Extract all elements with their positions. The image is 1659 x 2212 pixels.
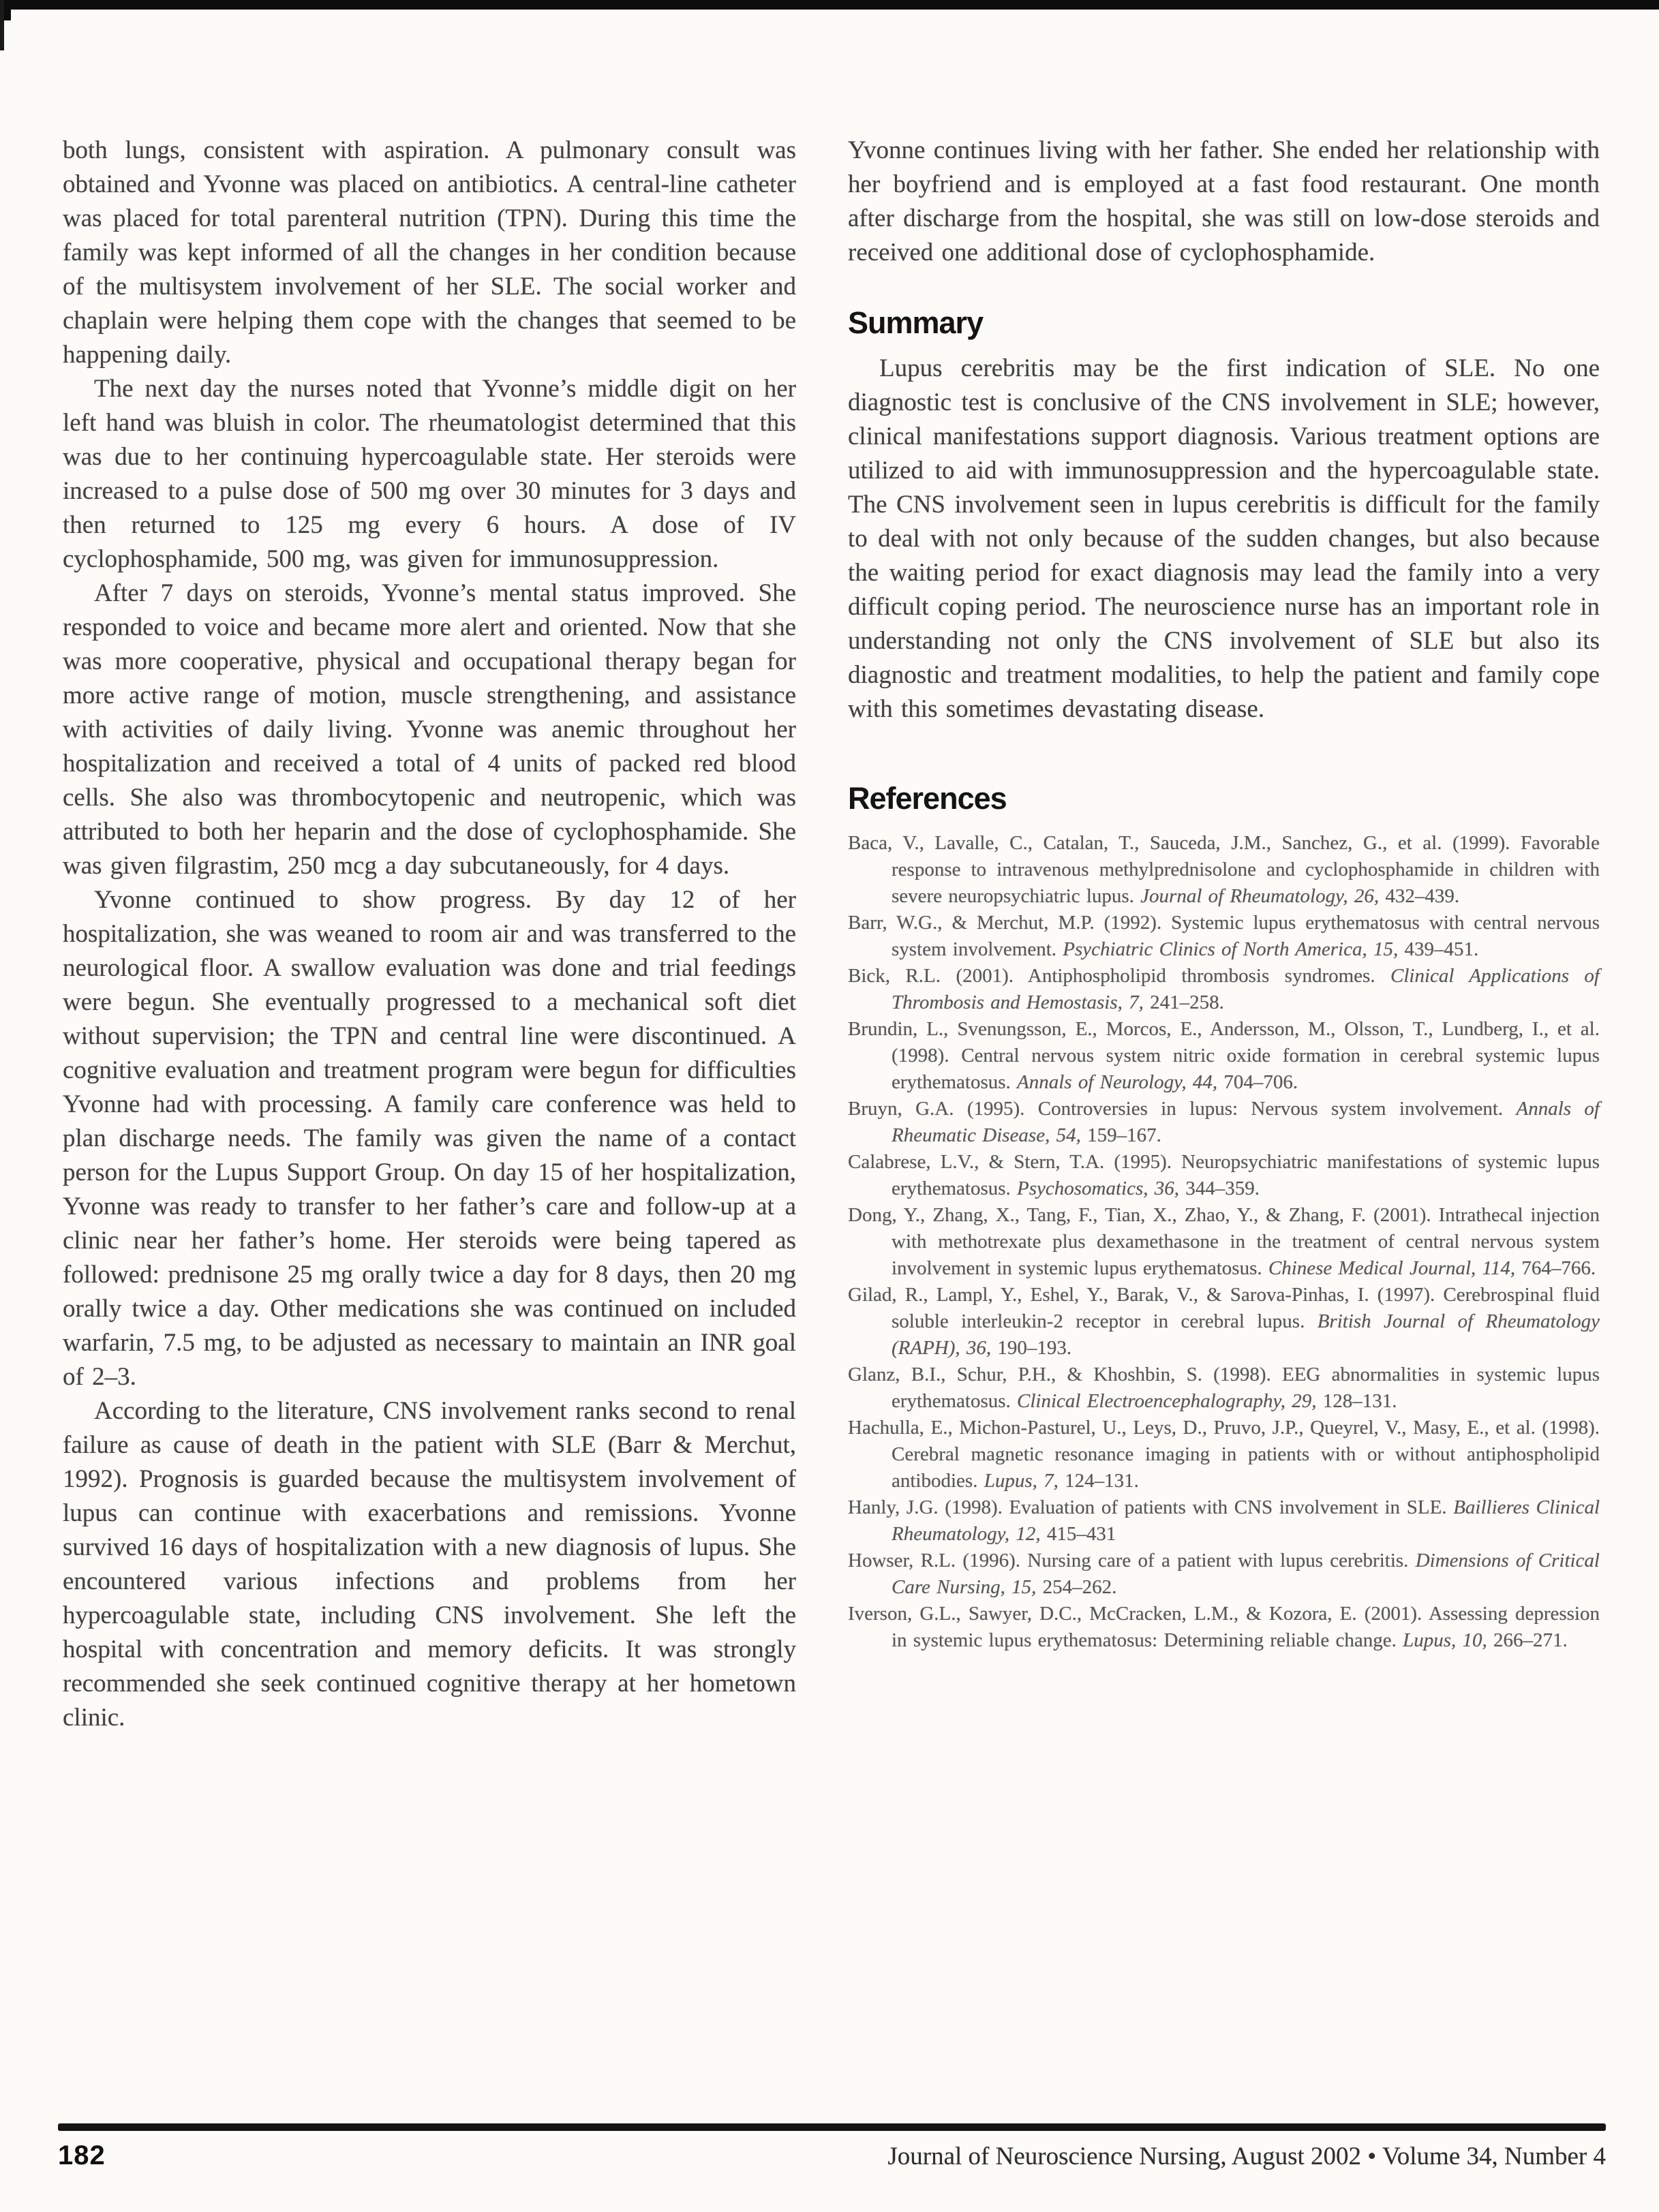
journal-page: both lungs, consistent with aspiration. … [0, 0, 1659, 2212]
reference-text: Howser, R.L. (1996). Nursing care of a p… [848, 1550, 1416, 1571]
paragraph: The next day the nurses noted that Yvonn… [63, 372, 796, 577]
reference-entry: Hanly, J.G. (1998). Evaluation of patien… [848, 1494, 1600, 1548]
left-column: both lungs, consistent with aspiration. … [63, 134, 796, 1735]
reference-entry: Bruyn, G.A. (1995). Controversies in lup… [848, 1096, 1600, 1149]
references-heading: References [848, 782, 1600, 815]
reference-journal-title: Psychiatric Clinics of North America, 15… [1063, 938, 1398, 960]
reference-entry: Gilad, R., Lampl, Y., Eshel, Y., Barak, … [848, 1282, 1600, 1362]
reference-text: 128–131. [1316, 1390, 1397, 1412]
reference-text: 190–193. [991, 1337, 1071, 1359]
reference-text: 254–262. [1036, 1576, 1116, 1598]
reference-text: Hachulla, E., Michon-Pasturel, U., Leys,… [848, 1417, 1600, 1492]
footer-rule [58, 2123, 1606, 2131]
reference-text: 159–167. [1081, 1124, 1161, 1146]
reference-entry: Dong, Y., Zhang, X., Tang, F., Tian, X.,… [848, 1202, 1600, 1282]
right-column: Yvonne continues living with her father.… [848, 134, 1600, 1654]
footer-row: 182 Journal of Neuroscience Nursing, Aug… [58, 2140, 1606, 2171]
reference-text: 764–766. [1515, 1257, 1596, 1279]
paragraph: Yvonne continued to show progress. By da… [63, 883, 796, 1394]
reference-entry: Calabrese, L.V., & Stern, T.A. (1995). N… [848, 1149, 1600, 1202]
reference-text: Hanly, J.G. (1998). Evaluation of patien… [848, 1496, 1453, 1518]
reference-entry: Bick, R.L. (2001). Antiphospholipid thro… [848, 963, 1600, 1016]
reference-text: Bick, R.L. (2001). Antiphospholipid thro… [848, 965, 1390, 987]
scan-left-edge-artifact [0, 0, 4, 50]
paragraph: both lungs, consistent with aspiration. … [63, 134, 796, 372]
reference-text: 241–258. [1144, 992, 1224, 1013]
paragraph: According to the literature, CNS involve… [63, 1394, 796, 1735]
reference-text: Bruyn, G.A. (1995). Controversies in lup… [848, 1098, 1517, 1120]
summary-paragraph: Lupus cerebritis may be the first indica… [848, 352, 1600, 726]
page-footer: 182 Journal of Neuroscience Nursing, Aug… [58, 2123, 1606, 2171]
reference-journal-title: Lupus, 10, [1403, 1629, 1487, 1651]
reference-journal-title: Chinese Medical Journal, 114, [1268, 1257, 1515, 1279]
reference-entry: Hachulla, E., Michon-Pasturel, U., Leys,… [848, 1415, 1600, 1494]
reference-entry: Howser, R.L. (1996). Nursing care of a p… [848, 1548, 1600, 1601]
paragraph: After 7 days on steroids, Yvonne’s menta… [63, 577, 796, 883]
reference-entry: Baca, V., Lavalle, C., Catalan, T., Sauc… [848, 830, 1600, 910]
reference-entry: Barr, W.G., & Merchut, M.P. (1992). Syst… [848, 910, 1600, 963]
footer-journal-line: Journal of Neuroscience Nursing, August … [887, 2142, 1606, 2171]
reference-entry: Iverson, G.L., Sawyer, D.C., McCracken, … [848, 1601, 1600, 1654]
reference-text: 415–431 [1041, 1523, 1116, 1545]
reference-text: 266–271. [1487, 1629, 1568, 1651]
reference-entry: Glanz, B.I., Schur, P.H., & Khoshbin, S.… [848, 1362, 1600, 1415]
reference-entry: Brundin, L., Svenungsson, E., Morcos, E.… [848, 1016, 1600, 1096]
reference-text: 704–706. [1217, 1071, 1298, 1093]
scan-top-edge-artifact [0, 0, 1659, 10]
references-list: Baca, V., Lavalle, C., Catalan, T., Sauc… [848, 830, 1600, 1654]
reference-journal-title: Clinical Electroencephalography, 29, [1017, 1390, 1316, 1412]
page-number: 182 [58, 2140, 106, 2171]
reference-journal-title: Psychosomatics, 36, [1017, 1178, 1179, 1199]
reference-journal-title: Lupus, 7, [984, 1470, 1059, 1492]
epilogue-paragraph: Yvonne continues living with her father.… [848, 134, 1600, 270]
reference-text: 439–451. [1398, 938, 1478, 960]
reference-journal-title: Annals of Neurology, 44, [1017, 1071, 1217, 1093]
reference-text: 344–359. [1179, 1178, 1260, 1199]
reference-text: 124–131. [1059, 1470, 1139, 1492]
reference-text: 432–439. [1379, 885, 1459, 907]
reference-journal-title: Journal of Rheumatology, 26, [1140, 885, 1379, 907]
summary-heading: Summary [848, 307, 1600, 339]
